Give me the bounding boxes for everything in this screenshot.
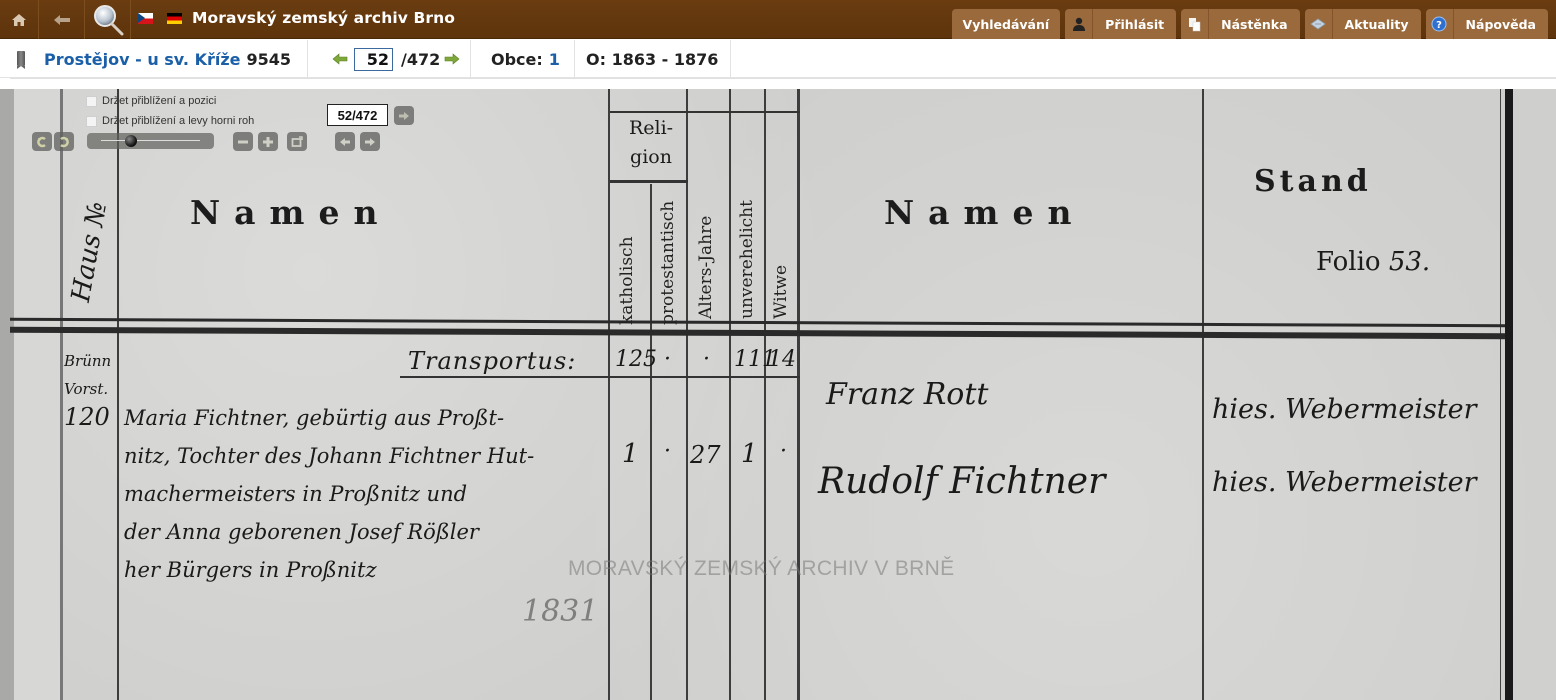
- keep-zoom-position-checkbox[interactable]: [86, 96, 97, 107]
- rule: [10, 327, 1505, 340]
- page-margin: [14, 89, 60, 700]
- zoom-in-button[interactable]: [258, 132, 278, 151]
- document-viewer[interactable]: Namen Reli- gion katholisch protestantis…: [0, 89, 1556, 700]
- transport-age: ·: [703, 347, 710, 372]
- margin-entry-line: Vorst.: [64, 375, 111, 403]
- rule: [1202, 89, 1204, 700]
- rule: [10, 318, 1505, 328]
- entry-line: her Bürgers in Proßnitz: [124, 551, 534, 589]
- keep-zoom-topleft-checkbox[interactable]: [86, 116, 97, 127]
- transport-protestant: ·: [664, 347, 671, 372]
- flag-czech-icon[interactable]: [138, 13, 153, 24]
- help-icon: ?: [1431, 16, 1447, 32]
- entry-age: 27: [690, 441, 721, 469]
- arrow-right-green-icon: [444, 53, 460, 65]
- divider: [10, 78, 1556, 79]
- religion-line-2: gion: [626, 143, 676, 172]
- father-status: hies. Webermeister: [1212, 467, 1477, 498]
- menu-login-label: Přihlásit: [1093, 17, 1176, 32]
- transport-widow: 14: [768, 347, 796, 372]
- date-range: O: 1863 - 1876: [576, 40, 731, 78]
- column-header-unmarried: unverehelicht: [737, 200, 757, 319]
- zoom-in-icon: [262, 136, 274, 148]
- column-header-names-left: Namen: [190, 193, 391, 232]
- zoom-out-icon: [237, 136, 249, 148]
- menu-dashboard-button[interactable]: Nástěnka: [1181, 9, 1299, 39]
- column-header-names-right: Namen: [884, 193, 1085, 232]
- keep-zoom-topleft-option[interactable]: Držet přiblížení a levy horni roh: [86, 115, 254, 127]
- menu-news-label: Aktuality: [1333, 17, 1421, 32]
- margin-entry-line: 120: [64, 403, 111, 431]
- zoom-out-button[interactable]: [233, 132, 253, 151]
- menu-help-label: Nápověda: [1454, 17, 1548, 32]
- column-header-catholic: katholisch: [617, 236, 637, 325]
- previous-image-button[interactable]: [335, 132, 355, 151]
- column-header-age: Alters-Jahre: [696, 216, 716, 319]
- goto-page-button[interactable]: [394, 106, 414, 125]
- menu-login-button[interactable]: Přihlásit: [1065, 9, 1176, 39]
- page-edge-shadow: [0, 89, 14, 700]
- groom-name: Franz Rott: [826, 377, 988, 412]
- record-name-link[interactable]: Prostějov - u sv. Kříže: [44, 50, 241, 69]
- groom-status: hies. Webermeister: [1212, 394, 1477, 425]
- menu-search-button[interactable]: Vyhledávání: [952, 9, 1061, 39]
- top-navigation-bar: Moravský zemský archiv Brno Vyhledávání …: [0, 0, 1556, 39]
- main-menu: Vyhledávání Přihlásit Nástěnka: [952, 9, 1548, 39]
- father-name: Rudolf Fichtner: [818, 461, 1105, 502]
- municipalities-label: Obce:: [491, 50, 543, 69]
- magnifier-search-icon: [91, 3, 125, 37]
- column-header-status: Stand: [1254, 164, 1372, 199]
- rule: [610, 180, 688, 183]
- rule: [650, 184, 652, 700]
- rotate-left-icon: [36, 136, 48, 148]
- record-info-bar: Prostějov - u sv. Kříže 9545 /472 Obce: …: [0, 40, 1556, 78]
- zoom-slider-handle[interactable]: [125, 135, 137, 147]
- folio-label: Folio: [1316, 247, 1381, 277]
- rule: [60, 89, 63, 700]
- keep-zoom-position-option[interactable]: Držet přiblížení a pozici: [86, 95, 216, 107]
- prev-page-button[interactable]: [332, 52, 348, 66]
- municipalities-count-link[interactable]: 1: [549, 50, 560, 69]
- fit-window-icon: [291, 136, 303, 148]
- rule: [610, 111, 800, 113]
- arrow-right-icon: [398, 111, 410, 121]
- entry-protestant: ·: [664, 439, 671, 464]
- menu-dashboard-label: Nástěnka: [1209, 17, 1299, 32]
- user-icon: [1072, 17, 1086, 31]
- entry-text: Maria Fichtner, gebürtig aus Proßt- nitz…: [124, 399, 534, 589]
- rotate-left-button[interactable]: [32, 132, 52, 151]
- record-title: Prostějov - u sv. Kříže 9545: [44, 40, 308, 78]
- entry-unmarried: 1: [741, 439, 758, 469]
- newspaper-icon: [1310, 18, 1326, 30]
- fit-window-button[interactable]: [287, 132, 307, 151]
- keep-zoom-position-label: Držet přiblížení a pozici: [102, 95, 216, 107]
- rule: [1505, 89, 1513, 700]
- entry-line: nitz, Tochter des Johann Fichtner Hut-: [124, 437, 534, 475]
- zoom-slider-track: [101, 140, 200, 141]
- entry-line: der Anna geborenen Josef Rößler: [124, 513, 534, 551]
- arrow-left-icon: [339, 137, 351, 147]
- rotate-right-button[interactable]: [54, 132, 74, 151]
- rule: [400, 376, 800, 378]
- arrow-left-green-icon: [332, 53, 348, 65]
- flag-germany-icon[interactable]: [167, 13, 182, 24]
- pages-icon: [1188, 17, 1202, 32]
- entry-widow: ·: [780, 439, 787, 464]
- column-header-protestant: protestantisch: [658, 201, 678, 325]
- page-navigation: /472: [332, 40, 471, 78]
- home-button[interactable]: [0, 0, 39, 39]
- rule: [764, 89, 766, 700]
- folio-number: 53.: [1389, 247, 1430, 277]
- archive-watermark: MORAVSKÝ ZEMSKÝ ARCHIV V BRNĚ: [568, 557, 954, 581]
- rule: [117, 89, 119, 700]
- menu-help-button[interactable]: ? Nápověda: [1426, 9, 1548, 39]
- svg-text:?: ?: [1436, 20, 1442, 31]
- page-counter-badge: 52/472: [327, 104, 388, 126]
- pencil-note: 1831: [522, 594, 598, 629]
- search-button[interactable]: [86, 0, 131, 39]
- back-arrow-icon: [53, 14, 71, 26]
- zoom-slider[interactable]: [87, 133, 214, 149]
- back-button[interactable]: [40, 0, 85, 39]
- column-header-religion: Reli- gion: [626, 114, 676, 172]
- date-range-value: O: 1863 - 1876: [586, 50, 718, 69]
- arrow-right-icon: [364, 137, 376, 147]
- bookmark-icon[interactable]: [17, 51, 25, 66]
- entry-catholic: 1: [622, 439, 639, 469]
- record-number: 9545: [247, 50, 292, 69]
- folio: Folio 53.: [1316, 247, 1430, 277]
- app-title: Moravský zemský archiv Brno: [192, 9, 455, 27]
- page-number-input[interactable]: [354, 48, 393, 71]
- home-icon: [11, 13, 27, 27]
- next-page-button[interactable]: [444, 52, 460, 66]
- margin-entry: Brünn Vorst. 120: [64, 347, 111, 431]
- margin-entry-line: Brünn: [64, 347, 111, 375]
- transport-catholic: 125: [615, 347, 657, 372]
- column-header-widow: Witwe: [771, 265, 791, 319]
- rule: [729, 89, 731, 700]
- transport-label: Transportus:: [408, 347, 576, 375]
- total-pages: /472: [401, 50, 440, 69]
- menu-news-button[interactable]: Aktuality: [1305, 9, 1421, 39]
- next-image-button[interactable]: [360, 132, 380, 151]
- entry-line: machermeisters in Proßnitz und: [124, 475, 534, 513]
- keep-zoom-topleft-label: Držet přiblížení a levy horni roh: [102, 115, 254, 127]
- margin-note: Haus №: [66, 199, 113, 304]
- rotate-right-icon: [58, 136, 70, 148]
- menu-search-label: Vyhledávání: [952, 17, 1061, 32]
- scanned-page: Namen Reli- gion katholisch protestantis…: [0, 89, 1556, 700]
- rule: [797, 89, 800, 700]
- municipalities: Obce: 1: [481, 40, 575, 78]
- religion-line-1: Reli-: [626, 114, 676, 143]
- rule: [1500, 89, 1501, 700]
- entry-line: Maria Fichtner, gebürtig aus Proßt-: [124, 399, 534, 437]
